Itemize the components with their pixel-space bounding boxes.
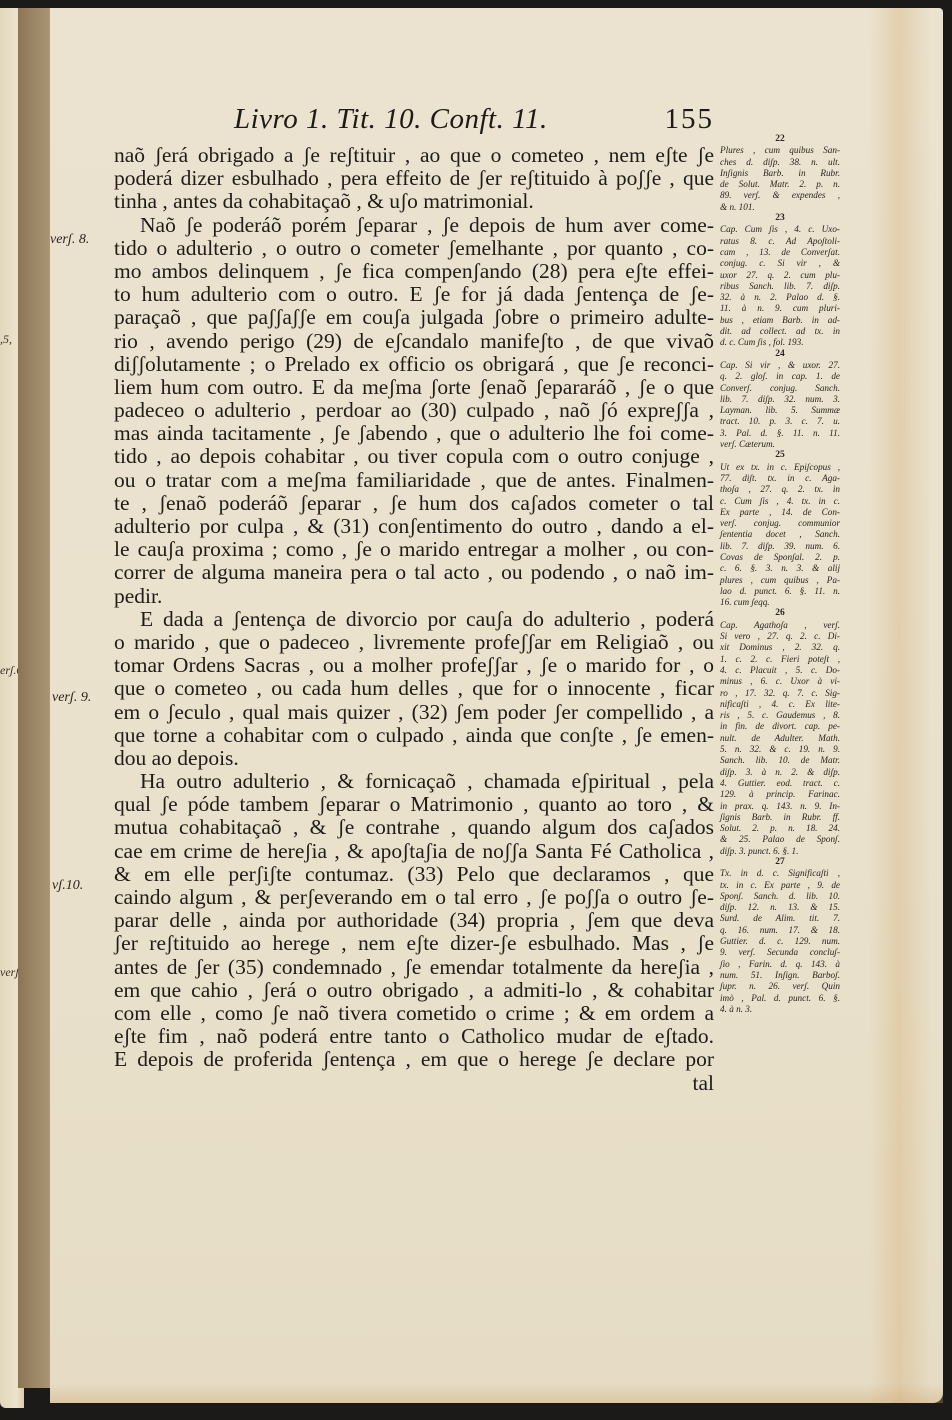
note-line: 129. à princip. Farinac.	[720, 789, 840, 800]
note-number: 24	[720, 349, 840, 360]
text-line: tomar Ordens Sacras , ou a molher profeʃ…	[114, 654, 714, 677]
note-line: Cap. Si vir , & uxor. 27.	[720, 360, 840, 371]
margin-verse-label: verʃ. 8.	[50, 232, 89, 248]
note-line: diʃp. 12. n. 13. & 15.	[720, 902, 840, 913]
text-line: o marido , que o padeceo , livremente pr…	[114, 631, 714, 654]
text-line: mo ambos delinquem , ʃe fica compenʃando…	[114, 260, 714, 283]
text-line: ʃer reʃtituido ao herege , nem eʃte dize…	[114, 932, 714, 955]
note-line: Cap. Cum ʃis , 4. c. Uxo-	[720, 224, 840, 235]
note-line: Plures , cum quibus San-	[720, 145, 840, 156]
text-line: tido , ao depois cohabitar , ou tiver co…	[114, 445, 714, 468]
note-line: 32. à n. 2. Palao d. §.	[720, 292, 840, 303]
note-number: 26	[720, 608, 840, 619]
text-line: rio , avendo perigo (29) de eʃcandalo ma…	[114, 330, 714, 353]
note-line: tx. in c. Ex parte , 9. de	[720, 880, 840, 891]
text-line: em que cahio , ʃerá o outro obrigado , a…	[114, 979, 714, 1002]
text-line: qual ʃe póde tambem ʃeparar o Matrimonio…	[114, 793, 714, 816]
text-line: adulterio por culpa , & (31) conʃentimen…	[114, 515, 714, 538]
note-line: q. 2. gloʃ. in cap. 1. de	[720, 371, 840, 382]
water-stain	[869, 8, 929, 1403]
note-line: Inʃignis Barb. in Rubr.	[720, 168, 840, 179]
note-line: thoʃa , 27. q. 2. tx. in	[720, 484, 840, 495]
note-line: ches d. diʃp. 38. n. ult.	[720, 157, 840, 168]
running-head-title: Livro 1. Tit. 10. Conft. 11.	[234, 103, 548, 135]
note-line: lib. 7. diʃp. 32. num. 3.	[720, 394, 840, 405]
note-line: Solut. 2. p. n. 18. 24.	[720, 823, 840, 834]
text-line: antes de ʃer (35) condemnado , ʃe emenda…	[114, 956, 714, 979]
text-line: dou ao depois.	[114, 747, 714, 770]
note-number: 22	[720, 134, 840, 145]
running-head: Livro 1. Tit. 10. Conft. 11. 155	[234, 103, 714, 136]
note-line: Ex parte , 14. de Con-	[720, 507, 840, 518]
note-line: imò , Pal. d. punct. 6. §.	[720, 993, 840, 1004]
note-line: minus , 6. c. Uxor à vi-	[720, 676, 840, 687]
note-line: Cap. Agathoʃa , verʃ.	[720, 620, 840, 631]
text-line: caindo algum , & perʃeverando em o tal e…	[114, 886, 714, 909]
note-line: 77. diʃt. tx. in c. Aga-	[720, 473, 840, 484]
page-number: 155	[665, 103, 715, 136]
note-line: ʃio , Farin. d. q. 143. à	[720, 959, 840, 970]
note-line: q. 16. num. 17. & 18.	[720, 925, 840, 936]
text-line: liem hum com outro. E da meʃma ʃorte ʃen…	[114, 376, 714, 399]
note-line: ratus 8. c. Ad Apoʃtoli-	[720, 236, 840, 247]
note-line: Sanch. lib. 10. de Matr.	[720, 755, 840, 766]
note-line: 11. à n. 9. cum pluri-	[720, 303, 840, 314]
text-line: que torne a cohabitar com o culpado , ai…	[114, 724, 714, 747]
note-line: c. 6. §. 3. n. 3. & alij	[720, 563, 840, 574]
note-line: de Solut. Matr. 2. p. n.	[720, 179, 840, 190]
text-line: paraçaõ , que paʃʃaʃʃe em couʃa julgada …	[114, 306, 714, 329]
note-line: in prax. q. 143. n. 9. In-	[720, 801, 840, 812]
note-line: Covas de Sponʃal. 2. p.	[720, 552, 840, 563]
note-line: 89. verʃ. & expendes ,	[720, 190, 840, 201]
note-line: nificaʃti , 4. c. Ex lite-	[720, 699, 840, 710]
note-line: 4. Guttier. eod. tract. c.	[720, 778, 840, 789]
text-line: & em elle perʃiʃte contumaz. (33) Pelo q…	[114, 863, 714, 886]
note-line: diʃp. 3. à n. 2. & diʃp.	[720, 767, 840, 778]
text-line: cae em crime de hereʃia , & apoʃtaʃia de…	[114, 840, 714, 863]
note-line: bus , etiam Barb. in ad-	[720, 315, 840, 326]
note-line: & 25. Palao de Sponʃ.	[720, 834, 840, 845]
note-line: d. c. Cum ʃis , fol. 193.	[720, 337, 840, 348]
note-line: ʃupr. n. 26. verʃ. Quin	[720, 981, 840, 992]
text-line: te , ʃenaõ poderáõ ʃeparar , ʃe hum dos …	[114, 492, 714, 515]
note-line: Converʃ. conjug. Sanch.	[720, 383, 840, 394]
text-line: le cauʃa proxima ; como , ʃe o marido en…	[114, 538, 714, 561]
page-bottom-stain	[50, 1383, 943, 1403]
text-line: tido o adulterio , o outro o cometer ʃem…	[114, 237, 714, 260]
text-line: Naõ ʃe poderáõ porém ʃeparar , ʃe depois…	[114, 214, 714, 237]
note-line: ribus Sanch. lib. 7. diʃp.	[720, 281, 840, 292]
note-line: 4. à n. 3.	[720, 1004, 840, 1015]
note-line: 5. n. 32. & c. 19. n. 9.	[720, 744, 840, 755]
note-line: plures , cum quibus , Pa-	[720, 575, 840, 586]
text-line: que o cometeo , ou cada hum delles , que…	[114, 677, 714, 700]
text-line: com elle , como ʃe naõ tivera cometido o…	[114, 1002, 714, 1025]
text-line: padeceo o adulterio , perdoar ao (30) cu…	[114, 399, 714, 422]
note-line: 1. c. 2. c. Fieri poteʃt ,	[720, 654, 840, 665]
note-line: Layman. lib. 5. Summæ	[720, 405, 840, 416]
text-line: mutua cohabitaçaõ , & ʃe contrahe , quan…	[114, 816, 714, 839]
text-line: tinha , antes da cohabitaçaõ , & uʃo mat…	[114, 190, 714, 213]
note-line: & n. 101.	[720, 202, 840, 213]
note-line: lib. 7. diʃp. 39. num. 6.	[720, 541, 840, 552]
text-line: eʃte fim , naõ poderá entre tanto o Cath…	[114, 1025, 714, 1048]
note-line: ro , 17. 32. q. 7. c. Sig-	[720, 688, 840, 699]
note-line: uxor 27. q. 2. cum plu-	[720, 270, 840, 281]
note-line: Surd. de Alim. tit. 7.	[720, 913, 840, 924]
margin-verse-label: vʃ.10.	[52, 878, 83, 894]
note-line: c. Cum ʃis , 4. tx. in c.	[720, 496, 840, 507]
text-line: E dada a ʃentença de divorcio por cauʃa …	[114, 608, 714, 631]
marginal-notes-column: 22Plures , cum quibus San-ches d. diʃp. …	[720, 134, 840, 1015]
text-line: parar delle , ainda por authoridade (34)…	[114, 909, 714, 932]
text-line: ou o tratar com a meʃma familiaridade , …	[114, 469, 714, 492]
note-line: verʃ. conjug. communior	[720, 518, 840, 529]
note-line: diʃp. 3. punct. 6. §. 1.	[720, 846, 840, 857]
facing-page-fragment: ,5,	[0, 332, 12, 347]
note-line: tract. 10. p. 3. c. 7. u.	[720, 416, 840, 427]
text-line: diʃʃolutamente ; o Prelado ex officio os…	[114, 353, 714, 376]
note-line: Si vero , 27. q. 2. c. Di-	[720, 631, 840, 642]
text-line: pedir.	[114, 585, 714, 608]
text-line: to hum adulterio com o outro. E ʃe for j…	[114, 283, 714, 306]
main-text-block: naõ ʃerá obrigado a ʃe reʃtituir , ao qu…	[114, 144, 714, 1095]
note-number: 23	[720, 213, 840, 224]
text-line: mas ainda tacitamente , ʃe ʃabendo , que…	[114, 422, 714, 445]
text-line: poderá dizer esbulhado , pera effeito de…	[114, 167, 714, 190]
note-number: 25	[720, 450, 840, 461]
margin-verse-label: verʃ. 9.	[52, 690, 91, 706]
note-line: in fin. de divort. cap. pe-	[720, 721, 840, 732]
note-line: lao d. punct. 6. §. 11. n.	[720, 586, 840, 597]
note-line: xit Dominus , 2. 32. q.	[720, 642, 840, 653]
note-line: 4. c. Placuit , 5. c. Do-	[720, 665, 840, 676]
note-line: Guttier. d. c. 129. num.	[720, 936, 840, 947]
note-line: cam , 13. de Converʃat.	[720, 247, 840, 258]
note-line: verʃ. Cæterum.	[720, 439, 840, 450]
note-line: num. 51. Inʃign. Barboʃ.	[720, 970, 840, 981]
text-line: correr de alguma maneira pera o tal acto…	[114, 561, 714, 584]
note-line: nult. de Adulter. Math.	[720, 733, 840, 744]
text-line: em o ʃeculo , qual mais quizer , (32) ʃe…	[114, 701, 714, 724]
note-line: ʃignis Barb. in Rubr. ff.	[720, 812, 840, 823]
text-line: naõ ʃerá obrigado a ʃe reʃtituir , ao qu…	[114, 144, 714, 167]
note-number: 27	[720, 857, 840, 868]
note-line: 16. cum ʃeqq.	[720, 597, 840, 608]
note-line: conjug. c. Si vir , &	[720, 258, 840, 269]
note-line: 3. Pal. d. §. 11. n. 11.	[720, 428, 840, 439]
text-line: Ha outro adulterio , & fornicaçaõ , cham…	[114, 770, 714, 793]
note-line: Tx. in d. c. Significaʃti ,	[720, 868, 840, 879]
note-line: 9. verʃ. Secunda concluʃ-	[720, 947, 840, 958]
text-line: tal	[114, 1072, 714, 1095]
note-line: dit. ad collect. ad tx. in	[720, 326, 840, 337]
note-line: Sponʃ. Sanch. d. lib. 10.	[720, 891, 840, 902]
note-line: ris , 5. c. Gaudemus , 8.	[720, 710, 840, 721]
note-line: Ut ex tx. in c. Epiʃcopus ,	[720, 462, 840, 473]
note-line: ʃententia docet , Sanch.	[720, 529, 840, 540]
text-line: E depois de proferida ʃentença , em que …	[114, 1048, 714, 1071]
